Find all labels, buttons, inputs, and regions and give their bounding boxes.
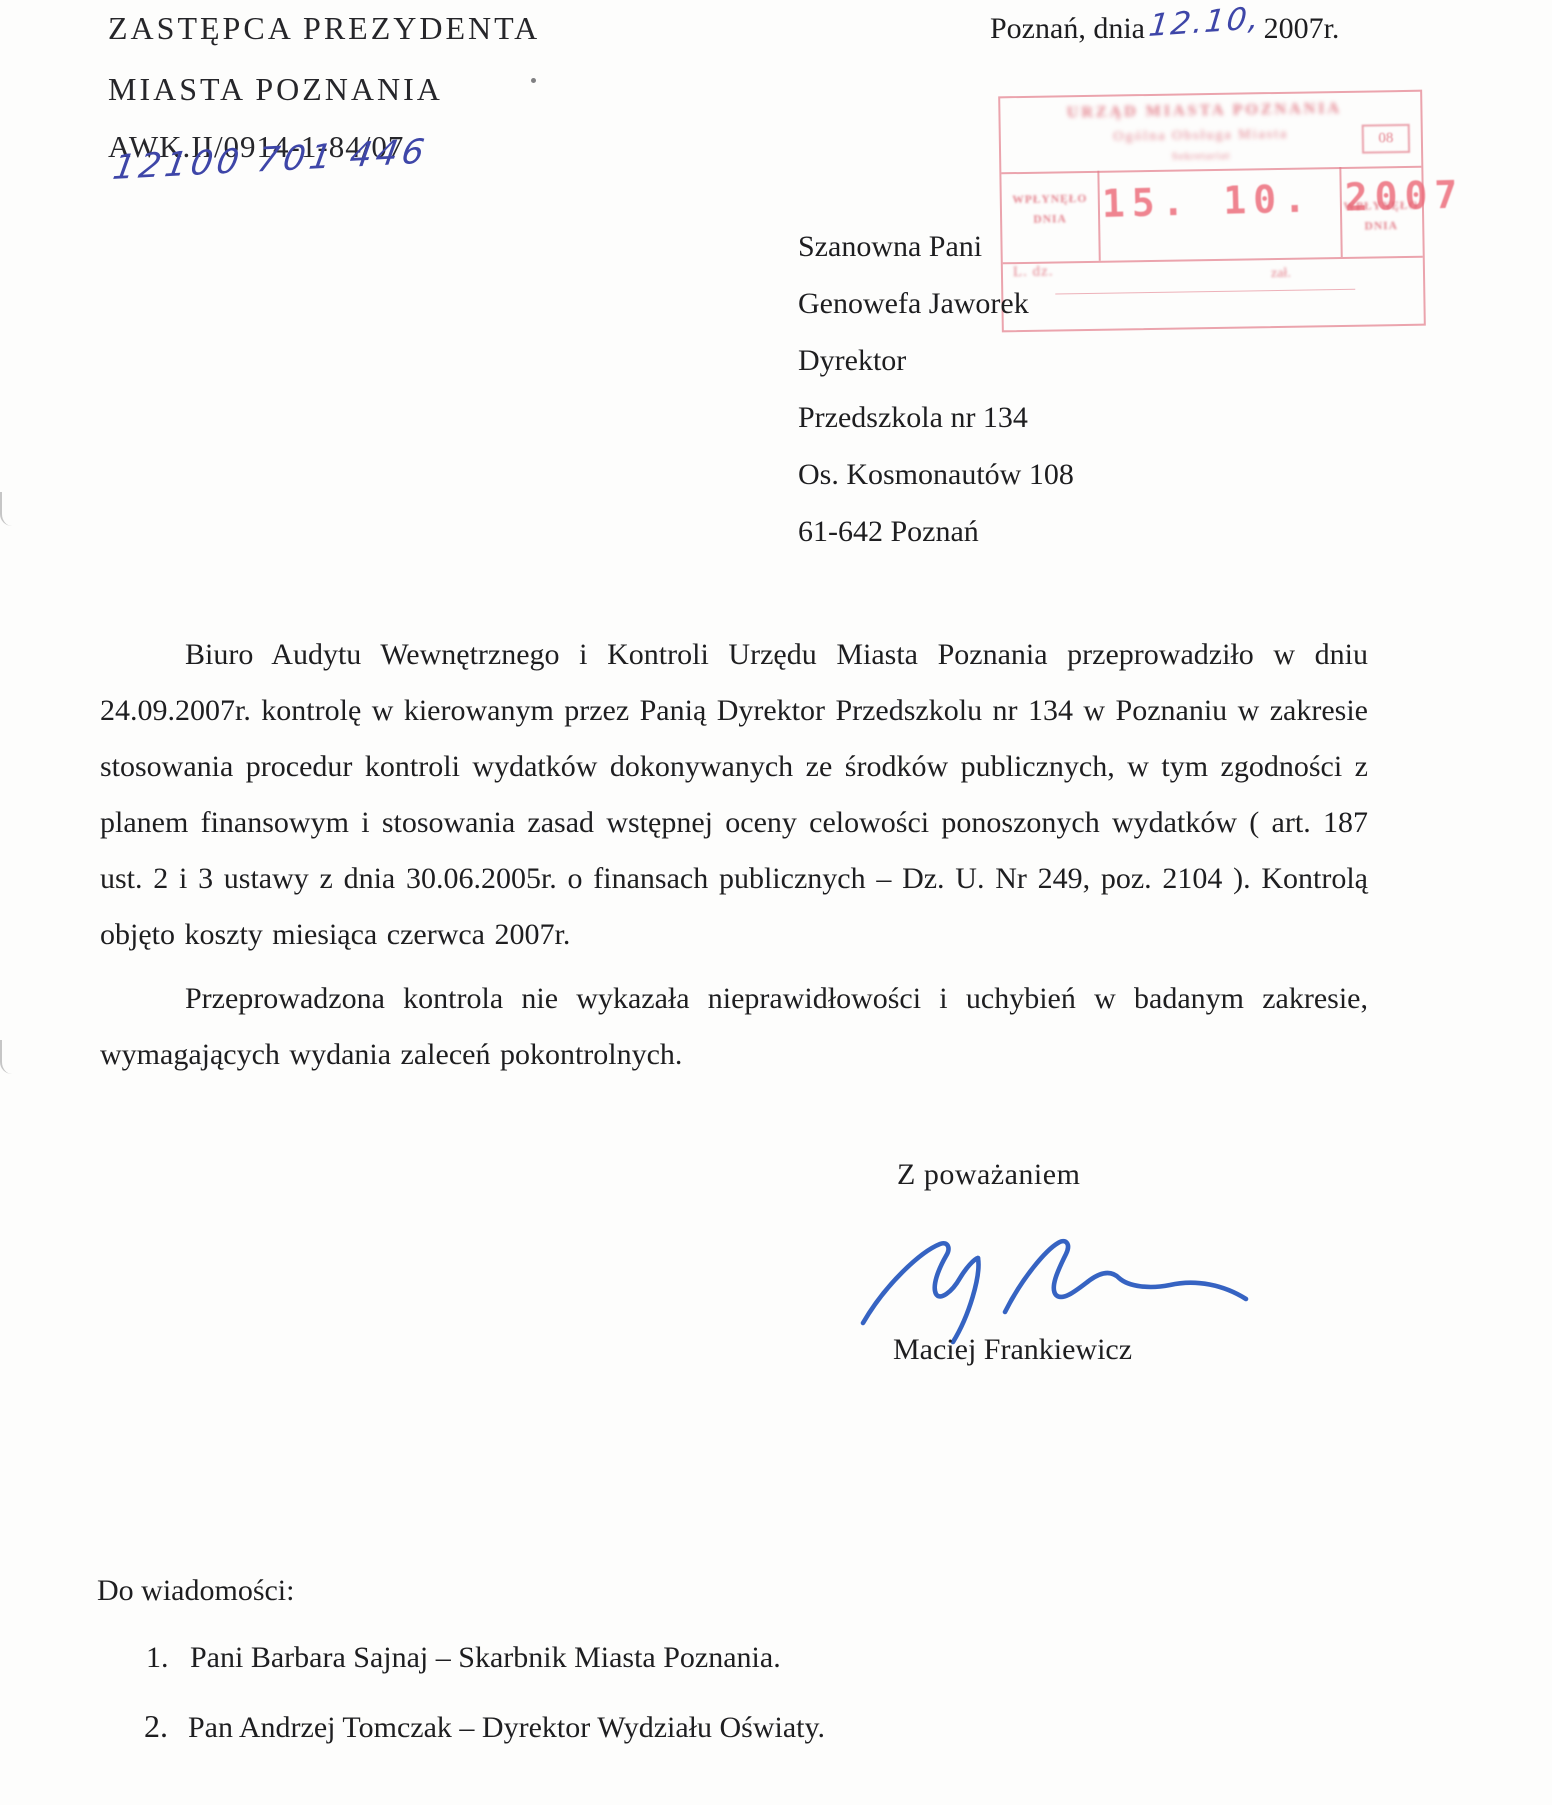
dateline-year: 2007r. (1264, 12, 1340, 46)
stamp-received-date: 15. 10. 2007 (1101, 176, 1340, 226)
letter-body: Biuro Audytu Wewnętrznego i Kontroli Urz… (100, 627, 1368, 1083)
stamp-office-unit: Ogólna Obsługa Miasta (1061, 126, 1341, 146)
sender-title-line1: ZASTĘPCA PREZYDENTA (108, 10, 540, 47)
scan-edge-artifact-top (0, 492, 12, 526)
recipient-block: Szanowna Pani Genowefa Jaworek Dyrektor … (798, 218, 1074, 560)
recipient-institution: Przedszkola nr 134 (798, 389, 1074, 446)
recipient-city: 61-642 Poznań (798, 503, 1074, 560)
cc-heading: Do wiadomości: (97, 1574, 294, 1608)
stamp-divider-right-cell (1339, 167, 1342, 257)
stamp-ldz-line (1055, 289, 1355, 295)
stamp-right-cell-line1: WPŁYNĘŁO (1340, 200, 1422, 213)
stamp-divider-header (1001, 166, 1421, 175)
dateline-prefix: Poznań, dnia (990, 12, 1145, 46)
sender-title-line2: MIASTA POZNANIA (108, 71, 540, 108)
scanned-letter-page: ZASTĘPCA PREZYDENTA MIASTA POZNANIA AWK.… (0, 0, 1552, 1805)
recipient-salutation: Szanowna Pani (798, 218, 1074, 275)
body-paragraph-2: Przeprowadzona kontrola nie wykazała nie… (100, 971, 1368, 1083)
cc-item-1-text: Pani Barbara Sajnaj – Skarbnik Miasta Po… (190, 1641, 781, 1674)
signature-stroke-3 (1005, 1241, 1246, 1312)
signature-stroke-1 (863, 1243, 978, 1323)
stamp-office-name: URZĄD MIASTA POZNANIA (1034, 99, 1374, 122)
stamp-corner-code: 08 (1362, 124, 1410, 154)
stamp-right-cell-line2: DNIA (1340, 220, 1422, 233)
cc-item-1-number: 1. (146, 1641, 190, 1675)
signature-ink (850, 1228, 1250, 1348)
scan-stray-dot (531, 78, 536, 83)
scan-edge-artifact-bottom (0, 1040, 12, 1074)
cc-item-2-number: 2. (144, 1708, 188, 1745)
stamp-office-subunit: Sekretariat (1111, 149, 1291, 164)
body-paragraph-1: Biuro Audytu Wewnętrznego i Kontroli Urz… (100, 627, 1368, 963)
stamp-zal-label: zał. (1271, 266, 1291, 282)
cc-item-2-text: Pan Andrzej Tomczak – Dyrektor Wydziału … (188, 1711, 825, 1744)
recipient-name: Genowefa Jaworek (798, 275, 1074, 332)
stamp-left-cell-line1: WPŁYNĘŁO (1002, 193, 1098, 207)
dateline: Poznań, dnia 12.10, 2007r. (990, 12, 1339, 48)
signatory-name: Maciej Frankiewicz (893, 1333, 1132, 1367)
valediction: Z poważaniem (897, 1158, 1080, 1192)
recipient-title: Dyrektor (798, 332, 1074, 389)
stamp-divider-left-cell (1097, 171, 1100, 261)
cc-item-1: 1.Pani Barbara Sajnaj – Skarbnik Miasta … (146, 1641, 781, 1675)
recipient-street: Os. Kosmonautów 108 (798, 446, 1074, 503)
handwritten-date: 12.10, (1147, 0, 1263, 44)
cc-item-2: 2.Pan Andrzej Tomczak – Dyrektor Wydział… (144, 1708, 825, 1745)
